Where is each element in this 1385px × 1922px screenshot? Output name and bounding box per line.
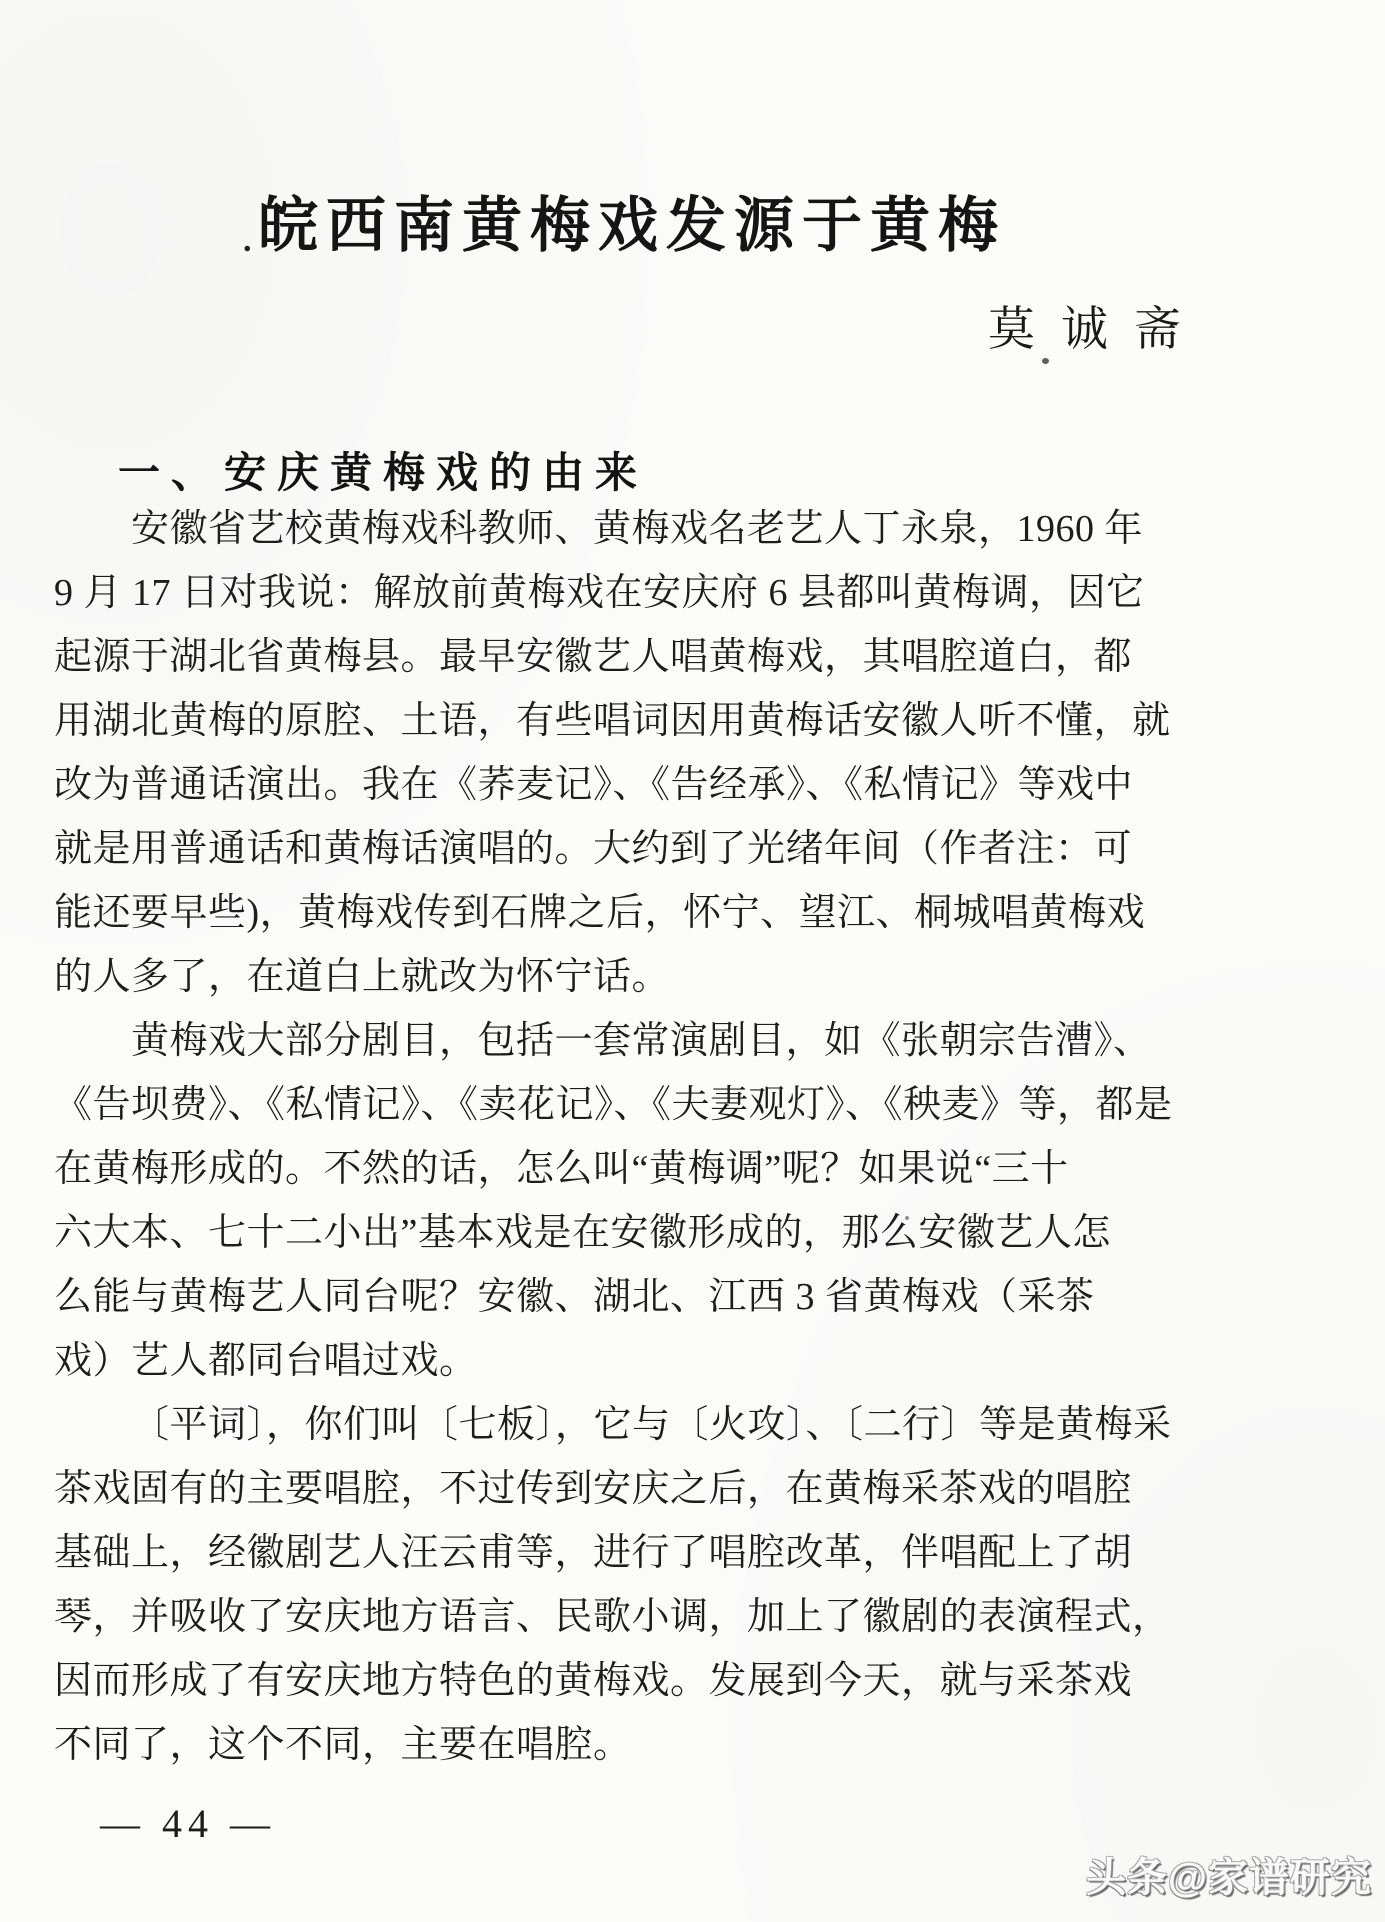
text-line: 能还要早些)，黄梅戏传到石牌之后，怀宁、望江、桐城唱黄梅戏 — [54, 881, 1094, 945]
text-line: 黄梅戏大部分剧目，包括一套常演剧目，如《张朝宗告漕》、 — [54, 1009, 1094, 1073]
text-line: 六大本、七十二小出”基本戏是在安徽形成的，那么安徽艺人怎 — [54, 1201, 1094, 1265]
text-line: 用湖北黄梅的原腔、土语，有些唱词因用黄梅话安徽人听不懂，就 — [54, 689, 1094, 753]
scanned-page: . 皖西南黄梅戏发源于黄梅 莫诚斋 一、安庆黄梅戏的由来 安徽省艺校黄梅戏科教师… — [0, 0, 1385, 1922]
ink-speck — [905, 1216, 909, 1220]
text-line: 《告坝费》、《私情记》、《卖花记》、《夫妻观灯》、《秧麦》等，都是 — [54, 1073, 1094, 1137]
body-text: 安徽省艺校黄梅戏科教师、黄梅戏名老艺人丁永泉，1960 年 9 月 17 日对我… — [54, 497, 1094, 1777]
text-line: 在黄梅形成的。不然的话，怎么叫“黄梅调”呢？如果说“三十 — [54, 1137, 1094, 1201]
text-line: 9 月 17 日对我说：解放前黄梅戏在安庆府 6 县都叫黄梅调，因它 — [54, 561, 1094, 625]
text-line: 么能与黄梅艺人同台呢？安徽、湖北、江西 3 省黄梅戏（采茶 — [54, 1265, 1094, 1329]
text-line: 就是用普通话和黄梅话演唱的。大约到了光绪年间（作者注：可 — [54, 817, 1094, 881]
ink-speck — [1042, 358, 1049, 364]
document-title: 皖西南黄梅戏发源于黄梅 — [258, 178, 1006, 264]
watermark: 头条@家谱研究 — [1086, 1846, 1372, 1903]
text-line: 因而形成了有安庆地方特色的黄梅戏。发展到今天，就与采茶戏 — [54, 1649, 1094, 1713]
section-heading: 一、安庆黄梅戏的由来 — [118, 440, 648, 500]
text-line: 基础上，经徽剧艺人汪云甫等，进行了唱腔改革，伴唱配上了胡 — [54, 1521, 1094, 1585]
text-line: 琴，并吸收了安庆地方语言、民歌小调，加上了徽剧的表演程式， — [54, 1585, 1094, 1649]
author-name: 莫诚斋 — [988, 292, 1207, 359]
text-line: 不同了，这个不同，主要在唱腔。 — [54, 1713, 1094, 1777]
text-line: 起源于湖北省黄梅县。最早安徽艺人唱黄梅戏，其唱腔道白，都 — [54, 625, 1094, 689]
text-line: 茶戏固有的主要唱腔，不过传到安庆之后，在黄梅采茶戏的唱腔 — [54, 1457, 1094, 1521]
scan-artifact-dot: . — [243, 222, 252, 260]
text-line: 安徽省艺校黄梅戏科教师、黄梅戏名老艺人丁永泉，1960 年 — [54, 497, 1094, 561]
text-line: 改为普通话演出。我在《荞麦记》、《告经承》、《私情记》等戏中 — [54, 753, 1094, 817]
page-number: — 44 — — [100, 1800, 276, 1847]
text-line: 戏）艺人都同台唱过戏。 — [54, 1329, 1094, 1393]
text-line: 的人多了，在道白上就改为怀宁话。 — [54, 945, 1094, 1009]
text-line: 〔平词〕，你们叫〔七板〕，它与〔火攻〕、〔二行〕等是黄梅采 — [54, 1393, 1094, 1457]
